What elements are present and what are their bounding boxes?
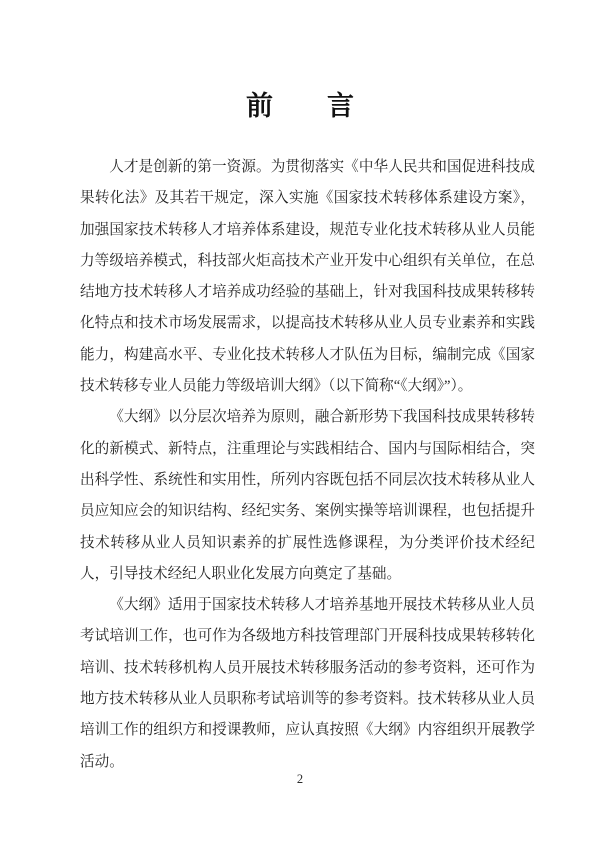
document-body: 人才是创新的第一资源。为贯彻落实《中华人民共和国促进科技成果转化法》及其若干规定… [80, 152, 535, 778]
paragraph-1: 人才是创新的第一资源。为贯彻落实《中华人民共和国促进科技成果转化法》及其若干规定… [80, 152, 535, 402]
paragraph-3: 《大纲》适用于国家技术转移人才培养基地开展技术转移从业人员考试培训工作，也可作为… [80, 590, 535, 778]
page-title: 前 言 [0, 84, 600, 123]
paragraph-2: 《大纲》以分层次培养为原则，融合新形势下我国科技成果转移转化的新模式、新特点，注… [80, 402, 535, 590]
page-number: 2 [0, 772, 600, 787]
document-page: 前 言 人才是创新的第一资源。为贯彻落实《中华人民共和国促进科技成果转化法》及其… [0, 0, 600, 848]
